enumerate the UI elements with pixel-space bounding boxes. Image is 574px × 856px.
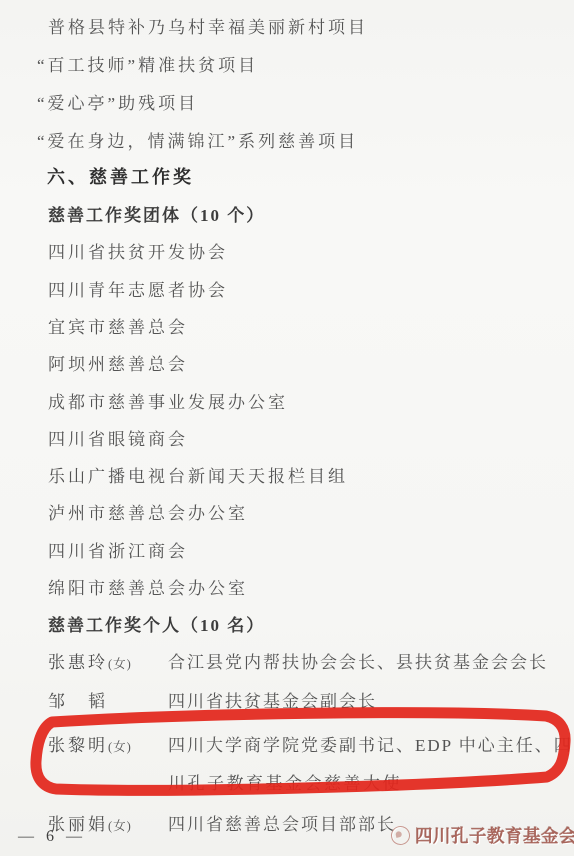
entry-title: 四川省扶贫基金会副会长	[168, 687, 377, 712]
group-award-item: 泸州市慈善总会办公室	[48, 499, 248, 524]
group-award-item: 四川青年志愿者协会	[48, 276, 228, 301]
group-award-item: 四川省扶贫开发协会	[48, 238, 228, 263]
award-entry-highlighted: 张黎明(女) 四川大学商学院党委副书记、EDP 中心主任、四	[48, 731, 568, 756]
group-award-subheading: 慈善工作奖团体（10 个）	[48, 201, 265, 226]
group-award-item: 四川省眼镜商会	[48, 425, 188, 450]
project-line: “爱心亭”助残项目	[37, 89, 198, 114]
project-line: 普格县特补乃乌村幸福美丽新村项目	[48, 13, 368, 38]
watermark-text: 四川孔子教育基金会	[415, 823, 574, 848]
watermark: 四川孔子教育基金会	[391, 823, 574, 848]
entry-gender: (女)	[108, 819, 132, 833]
group-award-item: 四川省浙江商会	[48, 537, 188, 562]
project-line: “爱在身边，情满锦江”系列慈善项目	[37, 127, 358, 152]
entry-title: 四川大学商学院党委副书记、EDP 中心主任、四	[168, 731, 573, 756]
entry-title-continuation: 川孔子教育基金会慈善大使	[168, 769, 402, 794]
individual-award-subheading: 慈善工作奖个人（10 名）	[48, 611, 265, 636]
entry-name: 张惠玲	[48, 653, 108, 672]
entry-name: 张黎明	[48, 736, 108, 755]
foundation-logo-icon	[389, 824, 412, 847]
group-award-item: 阿坝州慈善总会	[48, 350, 188, 375]
section-heading: 六、慈善工作奖	[47, 163, 194, 189]
page-number: — 6 —	[18, 828, 86, 846]
entry-gender: (女)	[108, 740, 132, 754]
entry-title: 合江县党内帮扶协会会长、县扶贫基金会会长	[168, 648, 548, 673]
group-award-item: 成都市慈善事业发展办公室	[48, 388, 288, 413]
group-award-item: 宜宾市慈善总会	[48, 313, 188, 338]
entry-name: 邹 韬	[48, 692, 108, 711]
award-entry: 邹 韬 四川省扶贫基金会副会长	[48, 687, 568, 712]
group-award-item: 乐山广播电视台新闻天天报栏目组	[48, 462, 348, 487]
entry-gender: (女)	[108, 657, 132, 671]
award-entry: 张惠玲(女) 合江县党内帮扶协会会长、县扶贫基金会会长	[48, 648, 568, 673]
group-award-item: 绵阳市慈善总会办公室	[48, 574, 248, 599]
project-line: “百工技师”精准扶贫项目	[37, 51, 258, 76]
entry-title: 四川省慈善总会项目部部长	[168, 810, 396, 835]
scanned-document-page: 普格县特补乃乌村幸福美丽新村项目 “百工技师”精准扶贫项目 “爱心亭”助残项目 …	[0, 0, 574, 856]
